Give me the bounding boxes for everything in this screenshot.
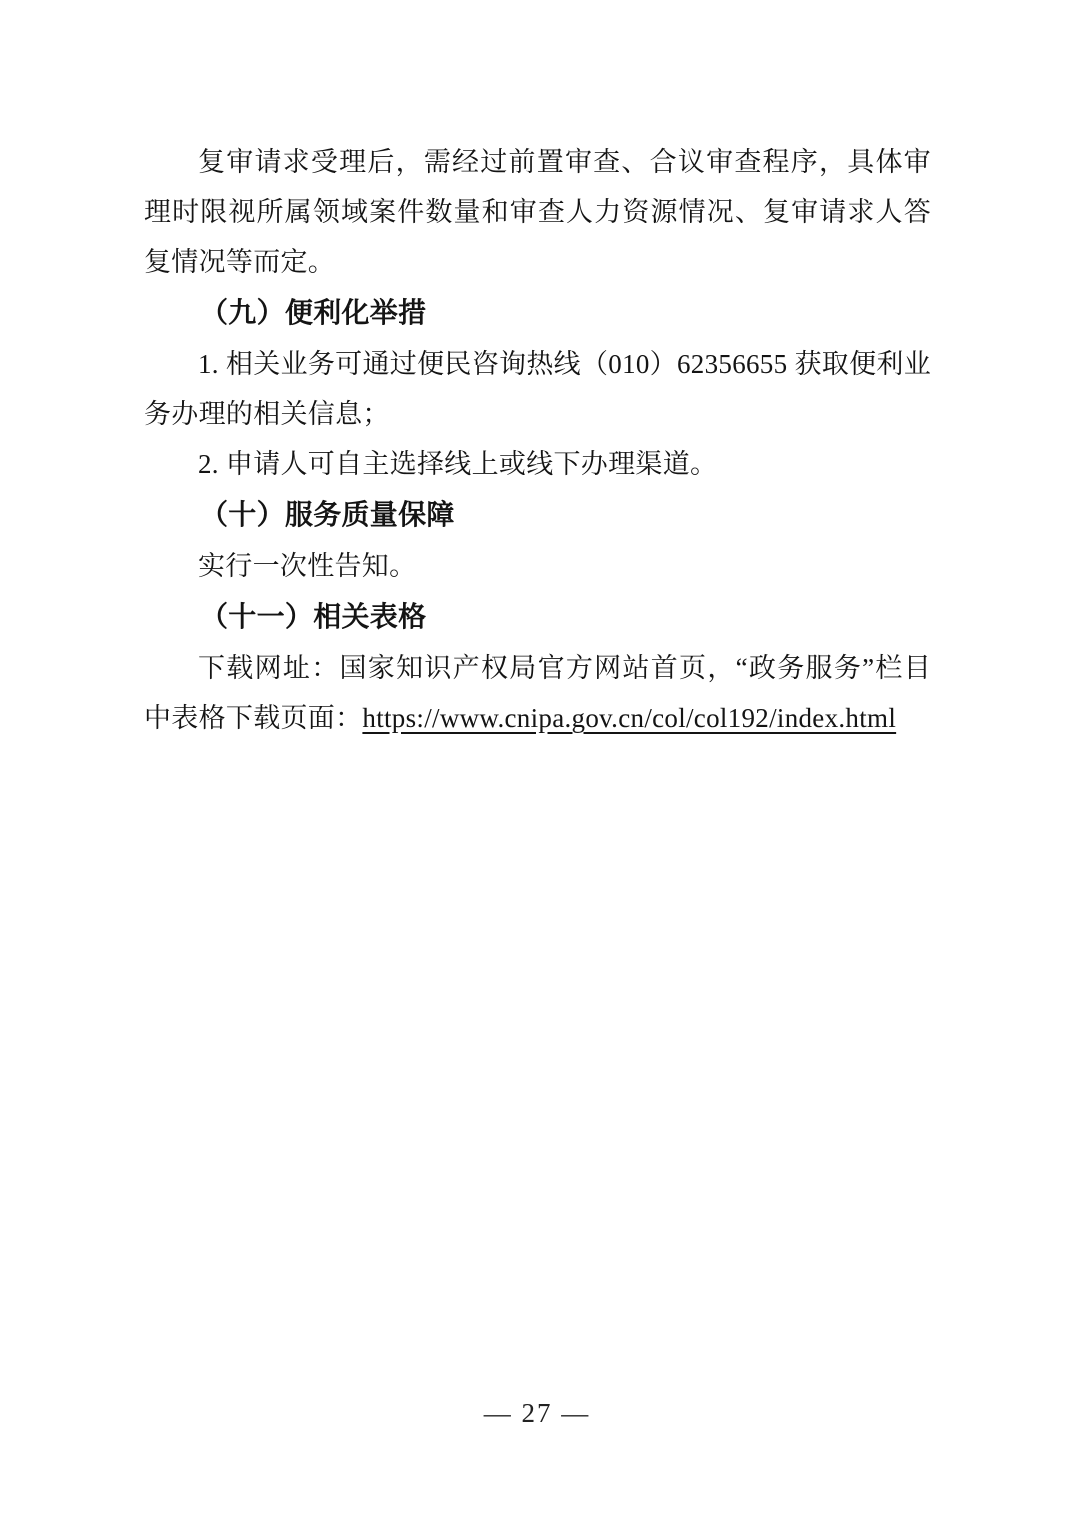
section-11-heading: （十一）相关表格: [144, 593, 931, 643]
section-10-body: 实行一次性告知。: [144, 541, 931, 591]
document-body: 复审请求受理后，需经过前置审查、合议审查程序，具体审理时限视所属领域案件数量和审…: [144, 137, 931, 743]
intro-paragraph: 复审请求受理后，需经过前置审查、合议审查程序，具体审理时限视所属领域案件数量和审…: [144, 137, 931, 287]
section-10-heading: （十）服务质量保障: [144, 491, 931, 541]
section-9-item-2: 2. 申请人可自主选择线上或线下办理渠道。: [144, 439, 931, 489]
page-footer: — 27 —: [0, 1398, 1074, 1429]
section-11-body: 下载网址：国家知识产权局官方网站首页，“政务服务”栏目中表格下载页面：https…: [144, 643, 931, 743]
section-9-item-1: 1. 相关业务可通过便民咨询热线（010）62356655 获取便利业务办理的相…: [144, 339, 931, 439]
document-page: 复审请求受理后，需经过前置审查、合议审查程序，具体审理时限视所属领域案件数量和审…: [0, 0, 1074, 1520]
download-page-link[interactable]: https://www.cnipa.gov.cn/col/col192/inde…: [362, 703, 896, 733]
section-9-heading: （九）便利化举措: [144, 289, 931, 339]
page-number: — 27 —: [484, 1398, 591, 1428]
